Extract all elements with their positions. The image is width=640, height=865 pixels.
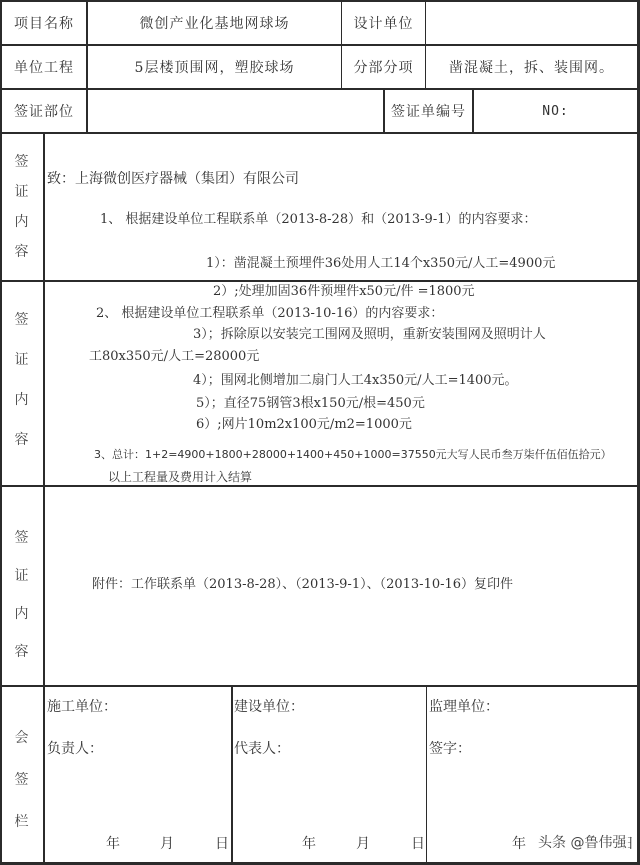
item2-line6: 6）;网片10m2x100元/m2=1000元 xyxy=(196,417,412,433)
signoff-side-label: 会 签 栏 xyxy=(0,715,43,845)
project-name-value: 微创产业化基地网球场 xyxy=(88,2,341,44)
row-divider xyxy=(0,280,640,282)
owner-person-label: 代表人： xyxy=(234,741,290,757)
item1-line2: 2）;处理加固36件预埋件x50元/件 =1800元 xyxy=(213,284,475,300)
visa-location-label: 签证部位 xyxy=(2,90,86,132)
total-line: 3、总计：1+2=4900+1800+28000+1400+450+1000=3… xyxy=(94,447,612,463)
item2-line3b: 工80x350元/人工=28000元 xyxy=(89,349,259,365)
addressee: 致：上海微创医疗器械（集团）有限公司 xyxy=(47,171,299,187)
visa-form: 项目名称 微创产业化基地网球场 设计单位 单位工程 5层楼顶围网，塑胶球场 分部… xyxy=(0,0,640,865)
supervision-unit-label: 监理单位： xyxy=(429,699,499,715)
construction-person-label: 负责人： xyxy=(47,741,103,757)
sub-item-label: 分部分项 xyxy=(342,46,425,88)
watermark: 头条 @鲁伟强 xyxy=(536,832,628,852)
section3-side-label: 签 证 内 容 xyxy=(0,510,43,680)
section2-side-label: 签 证 内 容 xyxy=(0,290,43,470)
item1-line1: 1）：凿混凝土预埋件36处用人工14个x350元/人工=4900元 xyxy=(206,256,555,272)
col-divider xyxy=(43,132,45,865)
construction-date-year: 年 xyxy=(106,836,120,852)
item2-line3a: 3）；拆除原以安装完工围网及照明，重新安装围网及照明计人 xyxy=(193,327,546,343)
owner-date-month: 月 xyxy=(356,836,370,852)
owner-unit-label: 建设单位： xyxy=(234,699,304,715)
unit-project-value: 5层楼顶围网，塑胶球场 xyxy=(88,46,341,88)
construction-unit-label: 施工单位： xyxy=(47,699,117,715)
supervision-date-year: 年 xyxy=(512,836,526,852)
owner-date-year: 年 xyxy=(302,836,316,852)
supervision-person-label: 签字： xyxy=(429,741,471,757)
col-divider xyxy=(426,685,427,865)
design-unit-value xyxy=(426,2,637,44)
visa-number-label: 签证单编号 xyxy=(385,90,472,132)
item2-title: 2、 根据建设单位工程联系单（2013-10-16）的内容要求： xyxy=(96,306,443,322)
row-divider xyxy=(0,485,640,487)
construction-date-day: 日 xyxy=(215,836,229,852)
settlement-note: 以上工程量及费用计入结算 xyxy=(108,469,252,485)
item1-title: 1、 根据建设单位工程联系单（2013-8-28）和（2013-9-1）的内容要… xyxy=(100,212,537,228)
construction-date-month: 月 xyxy=(160,836,174,852)
visa-location-value xyxy=(88,90,383,132)
visa-number-value: NO: xyxy=(474,90,637,132)
item2-line5: 5）；直径75钢管3根x150元/根=450元 xyxy=(196,396,425,412)
unit-project-label: 单位工程 xyxy=(2,46,86,88)
design-unit-label: 设计单位 xyxy=(342,2,425,44)
col-divider xyxy=(231,685,233,865)
project-name-label: 项目名称 xyxy=(2,2,86,44)
row-divider xyxy=(0,685,640,687)
owner-date-day: 日 xyxy=(411,836,425,852)
section1-side-label: 签 证 内 容 xyxy=(0,134,43,280)
sub-item-value: 凿混凝土，拆、装围网。 xyxy=(426,46,637,88)
attachment-note: 附件：工作联系单（2013-8-28）、（2013-9-1）、（2013-10-… xyxy=(92,577,513,593)
row-divider xyxy=(0,132,640,134)
item2-line4: 4）；围网北侧增加二扇门人工4x350元/人工=1400元。 xyxy=(193,373,518,389)
